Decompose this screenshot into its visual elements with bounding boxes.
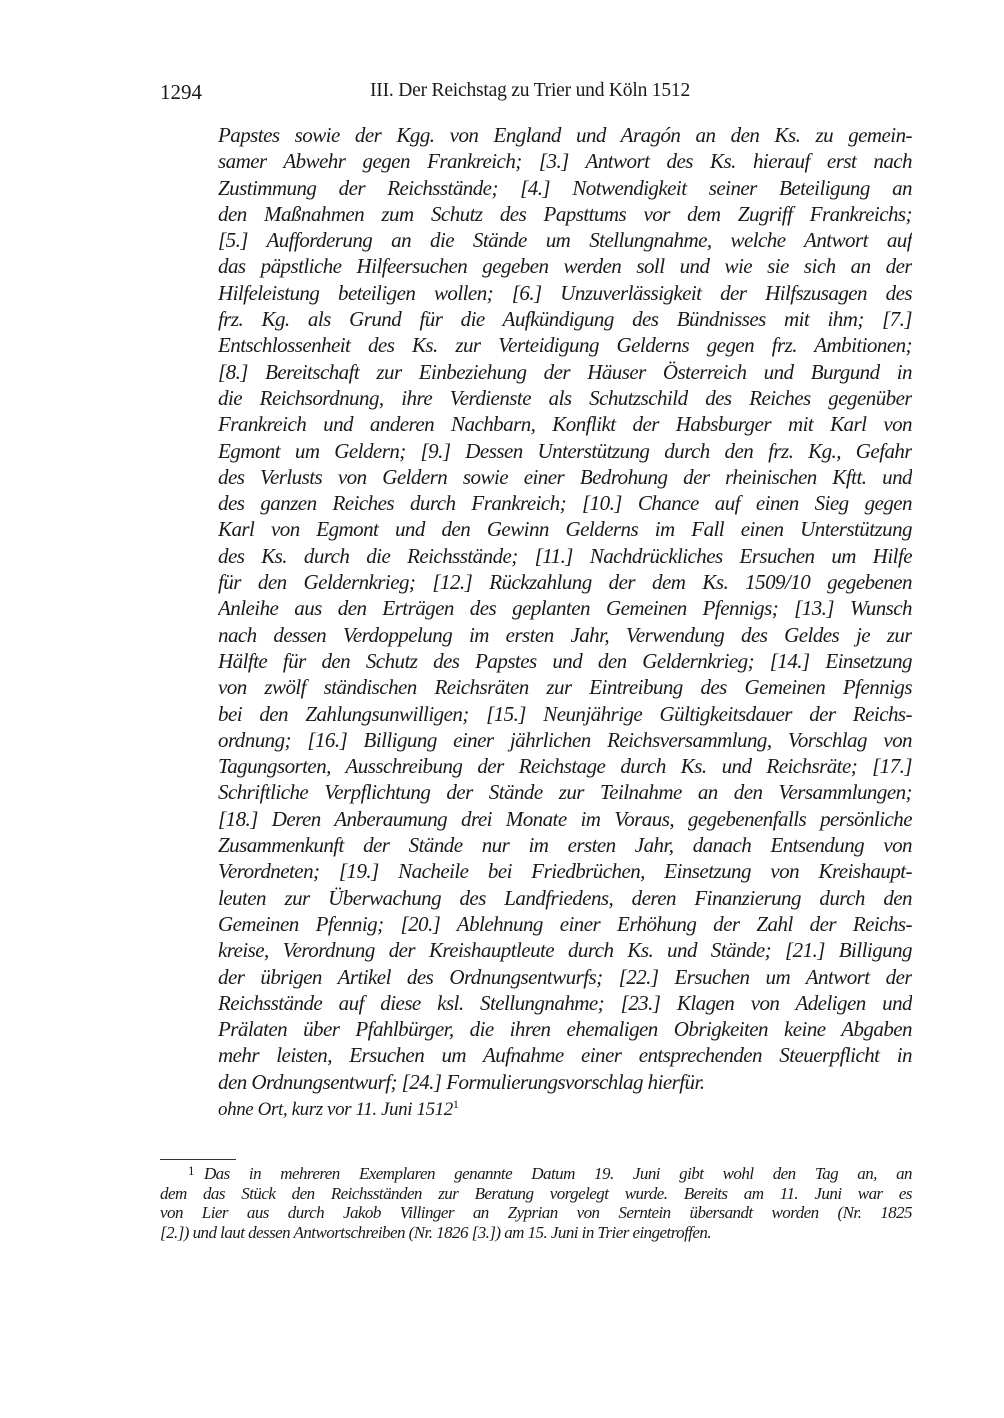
text-line: der übrigen Artikel des Ordnungsentwurfs… [218, 964, 912, 990]
dateline: ohne Ort, kurz vor 11. Juni 15121 [218, 1097, 459, 1121]
text-line: samer Abwehr gegen Frankreich; [3.] Antw… [218, 148, 912, 174]
text-line: des Ks. durch die Reichsstände; [11.] Na… [218, 543, 912, 569]
text-line: Frankreich und anderen Nachbarn, Konflik… [218, 411, 912, 437]
page-number: 1294 [160, 80, 202, 105]
dateline-text: ohne Ort, kurz vor 11. Juni 1512 [218, 1099, 453, 1120]
footnote: 1Das in mehreren Exemplaren genannte Dat… [160, 1164, 912, 1242]
text-line: Verordneten; [19.] Nacheile bei Friedbrü… [218, 858, 912, 884]
text-line: frz. Kg. als Grund für die Aufkündigung … [218, 306, 912, 332]
text-line: den Maßnahmen zum Schutz des Papsttums v… [218, 201, 912, 227]
text-line: Zustimmung der Reichsstände; [4.] Notwen… [218, 175, 912, 201]
text-line: [5.] Aufforderung an die Stände um Stell… [218, 227, 912, 253]
text-line: mehr leisten, Ersuchen um Aufnahme einer… [218, 1042, 912, 1068]
text-line: Reichsstände auf diese ksl. Stellungnahm… [218, 990, 912, 1016]
text-line: Hälfte für den Schutz des Papstes und de… [218, 648, 912, 674]
footnote-line: 1Das in mehreren Exemplaren genannte Dat… [160, 1164, 912, 1184]
text-line: nach dessen Verdoppelung im ersten Jahr,… [218, 622, 912, 648]
text-line: Hilfeleistung beteiligen wollen; [6.] Un… [218, 280, 912, 306]
text-line: Papstes sowie der Kgg. von England und A… [218, 122, 912, 148]
footnote-text: Das in mehreren Exemplaren genannte Datu… [204, 1164, 912, 1183]
text-line: Gemeinen Pfennig; [20.] Ablehnung einer … [218, 911, 912, 937]
footnote-reference[interactable]: 1 [453, 1097, 459, 1111]
text-line: ordnung; [16.] Billigung einer jährliche… [218, 727, 912, 753]
text-line: von zwölf ständischen Reichsräten zur Ei… [218, 674, 912, 700]
text-line: Entschlossenheit des Ks. zur Verteidigun… [218, 332, 912, 358]
text-line: Prälaten über Pfahlbürger, die ihren ehe… [218, 1016, 912, 1042]
text-line: das päpstliche Hilfeersuchen gegeben wer… [218, 253, 912, 279]
text-line: leuten zur Überwachung des Landfriedens,… [218, 885, 912, 911]
running-head: III. Der Reichstag zu Trier und Köln 151… [370, 80, 690, 102]
text-line: [8.] Bereitschaft zur Einbeziehung der H… [218, 359, 912, 385]
text-line: den Ordnungsentwurf; [24.] Formulierungs… [218, 1069, 912, 1095]
text-line: des Verlusts von Geldern sowie einer Bed… [218, 464, 912, 490]
text-line: die Reichsordnung, ihre Verdienste als S… [218, 385, 912, 411]
text-line: Karl von Egmont und den Gewinn Gelderns … [218, 516, 912, 542]
footnote-marker: 1 [188, 1164, 194, 1181]
text-line: des ganzen Reiches durch Frankreich; [10… [218, 490, 912, 516]
footnote-line: von Lier aus durch Jakob Villinger an Zy… [160, 1203, 912, 1223]
text-line: Anleihe aus den Erträgen des geplanten G… [218, 595, 912, 621]
footnote-line: dem das Stück den Reichsständen zur Bera… [160, 1184, 912, 1204]
text-line: Schriftliche Verpflichtung der Stände zu… [218, 779, 912, 805]
text-line: für den Geldernkrieg; [12.] Rückzahlung … [218, 569, 912, 595]
footnote-line: [2.]) und laut dessen Antwortschreiben (… [160, 1223, 912, 1243]
text-line: Zusammenkunft der Stände nur im ersten J… [218, 832, 912, 858]
text-line: Tagungsorten, Ausschreibung der Reichsta… [218, 753, 912, 779]
regest-text: Papstes sowie der Kgg. von England und A… [218, 122, 912, 1095]
footnote-divider [160, 1159, 236, 1160]
text-line: [18.] Deren Anberaumung drei Monate im V… [218, 806, 912, 832]
text-line: kreise, Verordnung der Kreishauptleute d… [218, 937, 912, 963]
text-line: Egmont um Geldern; [9.] Dessen Unterstüt… [218, 438, 912, 464]
text-line: bei den Zahlungsunwilligen; [15.] Neunjä… [218, 701, 912, 727]
